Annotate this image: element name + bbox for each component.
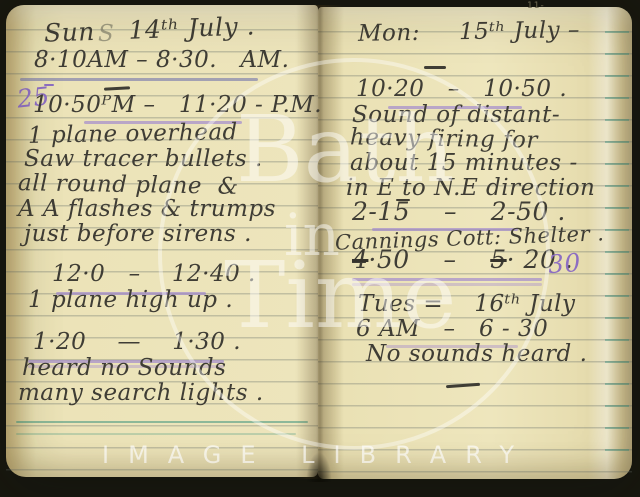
entry-separator: – — [410, 245, 491, 274]
diary-time-entry: 8·10AM – 8·30. AM. — [34, 48, 289, 73]
diary-time-entry: 1·20 — 1·30 . — [33, 330, 241, 355]
page-edge-number: 11- — [527, 1, 545, 11]
pen-dash-mark — [424, 66, 446, 69]
diary-note-line: Saw tracer bullets . — [24, 147, 263, 172]
diary-note-line: 1 plane high up . — [28, 288, 233, 313]
diary-note-line: just before sirens . — [24, 222, 252, 247]
struck-end-hour: 5 — [490, 245, 506, 274]
struck-start-hour: 4 — [352, 245, 368, 274]
diary-time-entry: 10·50ᴾM – 11·20 - P.M. — [33, 93, 322, 118]
pencil-tick-mark — [44, 84, 54, 86]
correction-note-purple: 30 — [547, 249, 582, 279]
diary-note-line: about 15 minutes - — [350, 151, 578, 176]
diary-time-entry: 6 AM – 6 - 30 — [356, 317, 548, 342]
diary-photo: 11- Sun 14ᵗʰ July . S 8·10AM – 8·30. AM.… — [0, 0, 640, 497]
underline-mark — [352, 278, 542, 281]
diary-note-line: many search lights . — [18, 381, 264, 406]
diary-time-entry: 12·0 – 12·40 . — [52, 262, 256, 287]
diary-time-entry-corrected: 4·50 – 5· 20 . — [352, 246, 573, 274]
pen-dash-mark — [104, 86, 130, 90]
pen-tick-mark — [396, 199, 410, 201]
diary-note-line: heard no Sounds — [22, 356, 226, 381]
ink-ghost-mark: S — [98, 22, 114, 47]
diary-time-entry: 2-15 – 2-50 . — [352, 198, 566, 226]
diary-time-entry: 10·20 – 10·50 . — [356, 77, 567, 102]
underline-mark — [20, 78, 258, 81]
start-minutes: ·50 — [368, 245, 409, 274]
pen-dash-mark — [446, 383, 480, 388]
diary-date-heading: Mon: 15ᵗʰ July – — [358, 18, 580, 47]
diary-date-heading: Tues = 16ᵗʰ July — [358, 292, 575, 317]
handwriting-layer: 11- Sun 14ᵗʰ July . S 8·10AM – 8·30. AM.… — [0, 0, 640, 497]
diary-note-line: 1 plane overhead — [28, 120, 238, 149]
diary-note-line: No sounds heard . — [366, 342, 587, 367]
diary-note-line: A A flashes & trumps — [18, 197, 276, 222]
diary-date-heading: Sun 14ᵗʰ July . — [44, 12, 256, 47]
